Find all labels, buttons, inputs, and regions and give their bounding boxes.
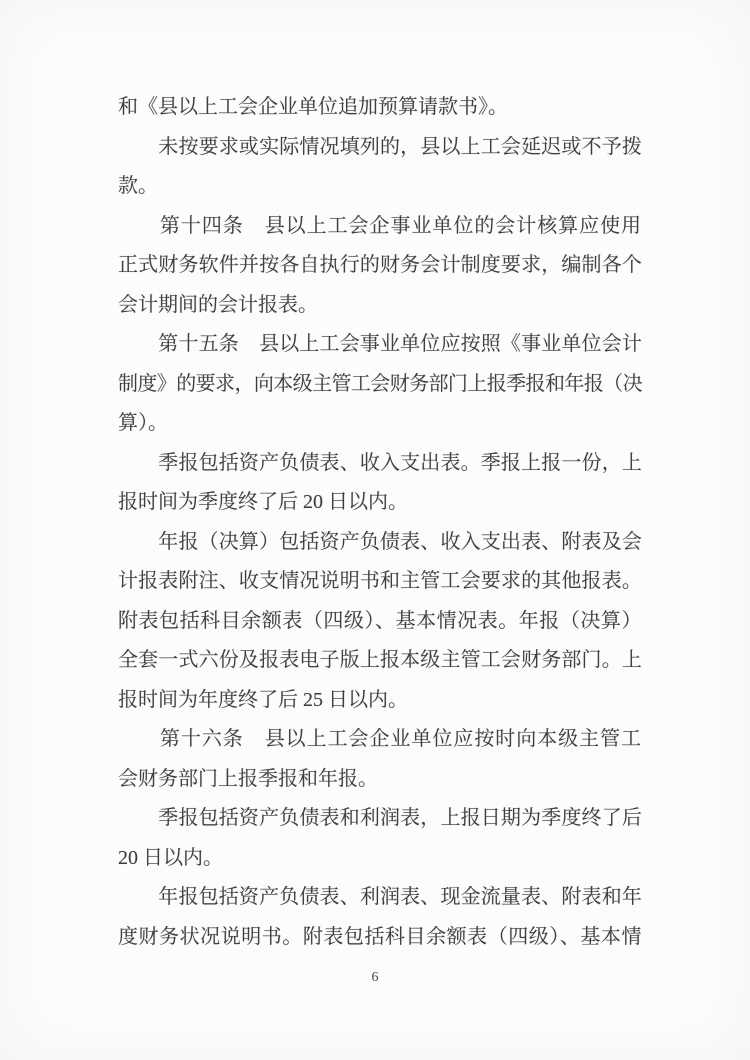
text-line: 全套一式六份及报表电子版上报本级主管工会财务部门。上 bbox=[118, 641, 642, 681]
text-line: 报时间为季度终了后 20 日以内。 bbox=[118, 483, 642, 523]
document-body: 和《县以上工会企业单位追加预算请款书》。 未按要求或实际情况填列的，县以上工会延… bbox=[118, 88, 642, 957]
text-line-content: 正式财务软件并按各自执行的财务会计制度要求，编制各个 bbox=[118, 246, 642, 286]
text-line-content: 会财务部门上报季报和年报。 bbox=[118, 760, 378, 800]
text-line-content: 第十五条 县以上工会事业单位应按照《事业单位会计 bbox=[118, 325, 642, 365]
paragraph: 季报包括资产负债表和利润表，上报日期为季度终了后 20 日以内。 bbox=[118, 799, 642, 878]
text-line: 年报包括资产负债表、利润表、现金流量表、附表和年 bbox=[118, 878, 642, 918]
text-line-content: 年报包括资产负债表、利润表、现金流量表、附表和年 bbox=[118, 878, 642, 918]
text-line-content: 第十六条 县以上工会企业单位应按时向本级主管工 bbox=[118, 720, 642, 760]
text-line-content: 报时间为年度终了后 25 日以内。 bbox=[118, 681, 408, 721]
text-line-content: 报时间为季度终了后 20 日以内。 bbox=[118, 483, 408, 523]
text-line: 会计期间的会计报表。 bbox=[118, 286, 642, 326]
text-line-content: 季报包括资产负债表和利润表，上报日期为季度终了后 bbox=[118, 799, 642, 839]
text-line-content: 度财务状况说明书。附表包括科目余额表（四级）、基本情 bbox=[118, 918, 642, 958]
text-line: 计报表附注、收支情况说明书和主管工会要求的其他报表。 bbox=[118, 562, 642, 602]
text-line: 制度》的要求，向本级主管工会财务部门上报季报和年报（决 bbox=[118, 365, 642, 405]
text-line: 第十六条 县以上工会企业单位应按时向本级主管工 bbox=[118, 720, 642, 760]
text-line: 附表包括科目余额表（四级）、基本情况表。年报（决算） bbox=[118, 602, 642, 642]
paragraph: 第十四条 县以上工会企事业单位的会计核算应使用 正式财务软件并按各自执行的财务会… bbox=[118, 207, 642, 326]
text-line: 20 日以内。 bbox=[118, 839, 642, 879]
paragraph: 未按要求或实际情况填列的，县以上工会延迟或不予拨 款。 bbox=[118, 128, 642, 207]
text-line-content: 会计期间的会计报表。 bbox=[118, 286, 318, 326]
text-line: 季报包括资产负债表、收入支出表。季报上报一份，上 bbox=[118, 444, 642, 484]
text-line-content: 和《县以上工会企业单位追加预算请款书》。 bbox=[118, 88, 508, 128]
text-line-content: 款。 bbox=[118, 167, 158, 207]
paragraph: 第十五条 县以上工会事业单位应按照《事业单位会计 制度》的要求，向本级主管工会财… bbox=[118, 325, 642, 444]
paragraph: 第十六条 县以上工会企业单位应按时向本级主管工 会财务部门上报季报和年报。 bbox=[118, 720, 642, 799]
text-line: 和《县以上工会企业单位追加预算请款书》。 bbox=[118, 88, 642, 128]
text-line-content: 年报（决算）包括资产负债表、收入支出表、附表及会 bbox=[118, 523, 642, 563]
document-page: 和《县以上工会企业单位追加预算请款书》。 未按要求或实际情况填列的，县以上工会延… bbox=[0, 0, 750, 1060]
text-line: 度财务状况说明书。附表包括科目余额表（四级）、基本情 bbox=[118, 918, 642, 958]
text-line: 算）。 bbox=[118, 404, 642, 444]
text-line-content: 20 日以内。 bbox=[118, 839, 223, 879]
page-footer: 6 bbox=[0, 970, 750, 986]
text-line-content: 算）。 bbox=[118, 404, 168, 444]
text-line: 款。 bbox=[118, 167, 642, 207]
paragraph: 和《县以上工会企业单位追加预算请款书》。 bbox=[118, 88, 642, 128]
text-line: 季报包括资产负债表和利润表，上报日期为季度终了后 bbox=[118, 799, 642, 839]
text-line: 正式财务软件并按各自执行的财务会计制度要求，编制各个 bbox=[118, 246, 642, 286]
text-line: 年报（决算）包括资产负债表、收入支出表、附表及会 bbox=[118, 523, 642, 563]
text-line-content: 未按要求或实际情况填列的，县以上工会延迟或不予拨 bbox=[118, 128, 642, 168]
text-line: 未按要求或实际情况填列的，县以上工会延迟或不予拨 bbox=[118, 128, 642, 168]
text-line: 会财务部门上报季报和年报。 bbox=[118, 760, 642, 800]
text-line: 第十四条 县以上工会企事业单位的会计核算应使用 bbox=[118, 207, 642, 247]
text-line-content: 计报表附注、收支情况说明书和主管工会要求的其他报表。 bbox=[118, 562, 642, 602]
paragraph: 季报包括资产负债表、收入支出表。季报上报一份，上 报时间为季度终了后 20 日以… bbox=[118, 444, 642, 523]
text-line: 第十五条 县以上工会事业单位应按照《事业单位会计 bbox=[118, 325, 642, 365]
paragraph: 年报（决算）包括资产负债表、收入支出表、附表及会 计报表附注、收支情况说明书和主… bbox=[118, 523, 642, 721]
paragraph: 年报包括资产负债表、利润表、现金流量表、附表和年 度财务状况说明书。附表包括科目… bbox=[118, 878, 642, 957]
text-line-content: 季报包括资产负债表、收入支出表。季报上报一份，上 bbox=[118, 444, 642, 484]
text-line: 报时间为年度终了后 25 日以内。 bbox=[118, 681, 642, 721]
text-line-content: 全套一式六份及报表电子版上报本级主管工会财务部门。上 bbox=[118, 641, 642, 681]
text-line-content: 第十四条 县以上工会企事业单位的会计核算应使用 bbox=[118, 207, 642, 247]
text-line-content: 制度》的要求，向本级主管工会财务部门上报季报和年报（决 bbox=[118, 365, 642, 405]
page-number: 6 bbox=[372, 970, 379, 985]
text-line-content: 附表包括科目余额表（四级）、基本情况表。年报（决算） bbox=[118, 602, 642, 642]
